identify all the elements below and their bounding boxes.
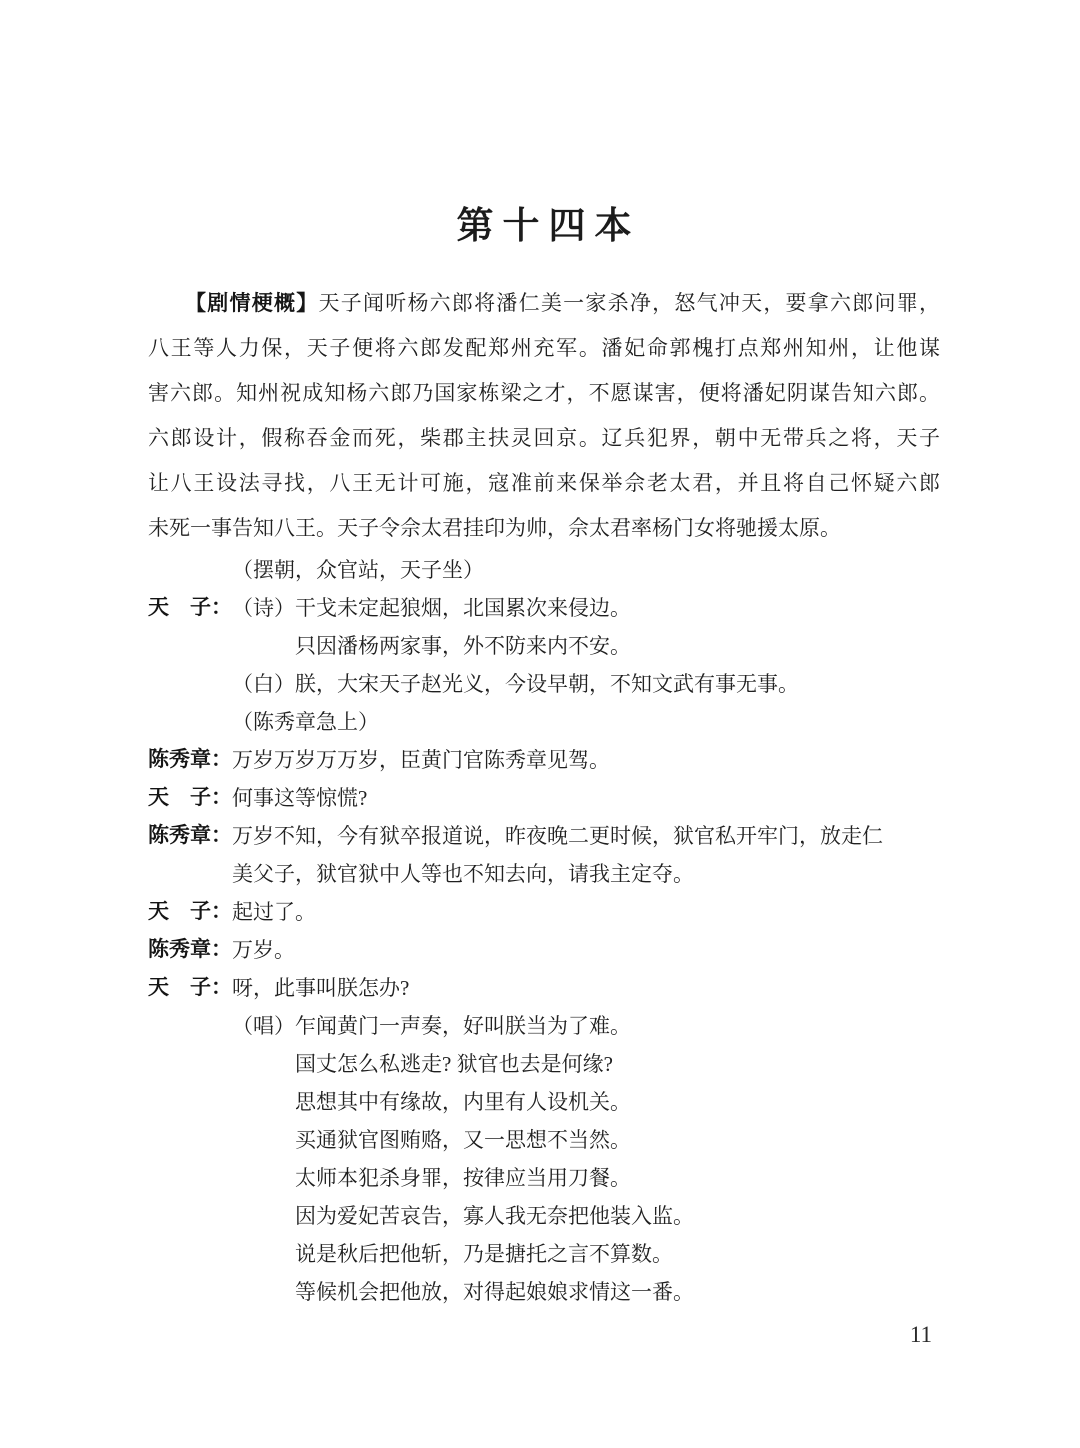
- script-line: 陈秀章：万岁。: [148, 931, 940, 969]
- script-line: 天 子：呀，此事叫朕怎办?: [148, 969, 940, 1007]
- document-page: 第十四本 【剧情梗概】天子闻听杨六郎将潘仁美一家杀净，怒气冲天，要拿六郎问罪， …: [0, 0, 1080, 1448]
- script-line: 陈秀章：万岁不知，今有狱卒报道说，昨夜晚二更时候，狱官私开牢门，放走仁: [148, 817, 940, 855]
- synopsis-line: 害六郎。知州祝成知杨六郎乃国家栋梁之才，不愿谋害，便将潘妃阴谋告知六郎。: [148, 371, 940, 416]
- script-line: 天 子：起过了。: [148, 893, 940, 931]
- synopsis-line: 未死一事告知八王。天子令佘太君挂印为帅，佘太君率杨门女将驰援太原。: [148, 506, 940, 551]
- synopsis-line: 让八王设法寻找，八王无计可施，寇准前来保举佘老太君，并且将自己怀疑六郎: [148, 461, 940, 506]
- dialogue-text: 万岁。: [232, 931, 295, 969]
- script-line: 天 子：何事这等惊慌?: [148, 779, 940, 817]
- dialogue-text: 朕，大宋天子赵光义，今设早朝，不知文武有事无事。: [295, 665, 799, 703]
- script-line: 陈秀章：万岁万岁万万岁，臣黄门官陈秀章见驾。: [148, 741, 940, 779]
- speaker-label: 陈秀章：: [148, 741, 232, 779]
- dialogue-continuation: 美父子，狱官狱中人等也不知去向，请我主定夺。: [148, 855, 940, 893]
- synopsis-label: 【剧情梗概】: [185, 292, 318, 315]
- dialogue-text: 何事这等惊慌?: [232, 779, 367, 817]
- verse-line: 国丈怎么私逃走? 狱官也去是何缘?: [148, 1045, 940, 1083]
- speaker-label: 天 子：: [148, 893, 232, 931]
- dialogue-text: 万岁万岁万万岁，臣黄门官陈秀章见驾。: [232, 741, 610, 779]
- page-content: 第十四本 【剧情梗概】天子闻听杨六郎将潘仁美一家杀净，怒气冲天，要拿六郎问罪， …: [148, 0, 940, 1311]
- synopsis-line: 六郎设计，假称吞金而死，柴郡主扶灵回京。辽兵犯界，朝中无带兵之将，天子: [148, 416, 940, 461]
- synopsis-line: 八王等人力保，天子便将六郎发配郑州充军。潘妃命郭槐打点郑州知州，让他谋: [148, 326, 940, 371]
- dialogue-text: 乍闻黄门一声奏，好叫朕当为了难。: [295, 1007, 631, 1045]
- verse-line: 太师本犯杀身罪，按律应当用刀餐。: [148, 1159, 940, 1197]
- speaker-label: 天 子：: [148, 779, 232, 817]
- stage-direction: （陈秀章急上）: [148, 703, 940, 741]
- script-line: （白）朕，大宋天子赵光义，今设早朝，不知文武有事无事。: [148, 665, 940, 703]
- page-title: 第十四本: [148, 203, 940, 251]
- speech-marker: （白）: [232, 665, 295, 703]
- verse-line: 思想其中有缘故，内里有人设机关。: [148, 1083, 940, 1121]
- script-line: （唱）乍闻黄门一声奏，好叫朕当为了难。: [148, 1007, 940, 1045]
- page-number: 11: [910, 1322, 932, 1348]
- dialogue-text: 呀，此事叫朕怎办?: [232, 969, 409, 1007]
- song-marker: （唱）: [232, 1007, 295, 1045]
- synopsis-line: 【剧情梗概】天子闻听杨六郎将潘仁美一家杀净，怒气冲天，要拿六郎问罪，: [148, 281, 940, 326]
- verse-line: 等候机会把他放，对得起娘娘求情这一番。: [148, 1273, 940, 1311]
- speaker-label: 陈秀章：: [148, 817, 232, 855]
- verse-line: 只因潘杨两家事，外不防来内不安。: [148, 627, 940, 665]
- script-line: 天 子：（诗）干戈未定起狼烟，北国累次来侵边。: [148, 589, 940, 627]
- verse-marker: （诗）: [232, 589, 295, 627]
- synopsis-text: 天子闻听杨六郎将潘仁美一家杀净，怒气冲天，要拿六郎问罪，: [318, 291, 940, 315]
- speaker-label: 陈秀章：: [148, 931, 232, 969]
- dialogue-text: 万岁不知，今有狱卒报道说，昨夜晚二更时候，狱官私开牢门，放走仁: [232, 817, 883, 855]
- script-dialogue: （摆朝，众官站，天子坐） 天 子：（诗）干戈未定起狼烟，北国累次来侵边。 只因潘…: [148, 551, 940, 1311]
- verse-line: 买通狱官图贿赂，又一思想不当然。: [148, 1121, 940, 1159]
- synopsis-paragraph: 【剧情梗概】天子闻听杨六郎将潘仁美一家杀净，怒气冲天，要拿六郎问罪， 八王等人力…: [148, 281, 940, 551]
- speaker-label: 天 子：: [148, 969, 232, 1007]
- stage-direction: （摆朝，众官站，天子坐）: [148, 551, 940, 589]
- verse-line: 因为爱妃苦哀告，寡人我无奈把他装入监。: [148, 1197, 940, 1235]
- dialogue-text: 干戈未定起狼烟，北国累次来侵边。: [295, 589, 631, 627]
- speaker-label: 天 子：: [148, 589, 232, 627]
- dialogue-text: 起过了。: [232, 893, 316, 931]
- verse-line: 说是秋后把他斩，乃是搪托之言不算数。: [148, 1235, 940, 1273]
